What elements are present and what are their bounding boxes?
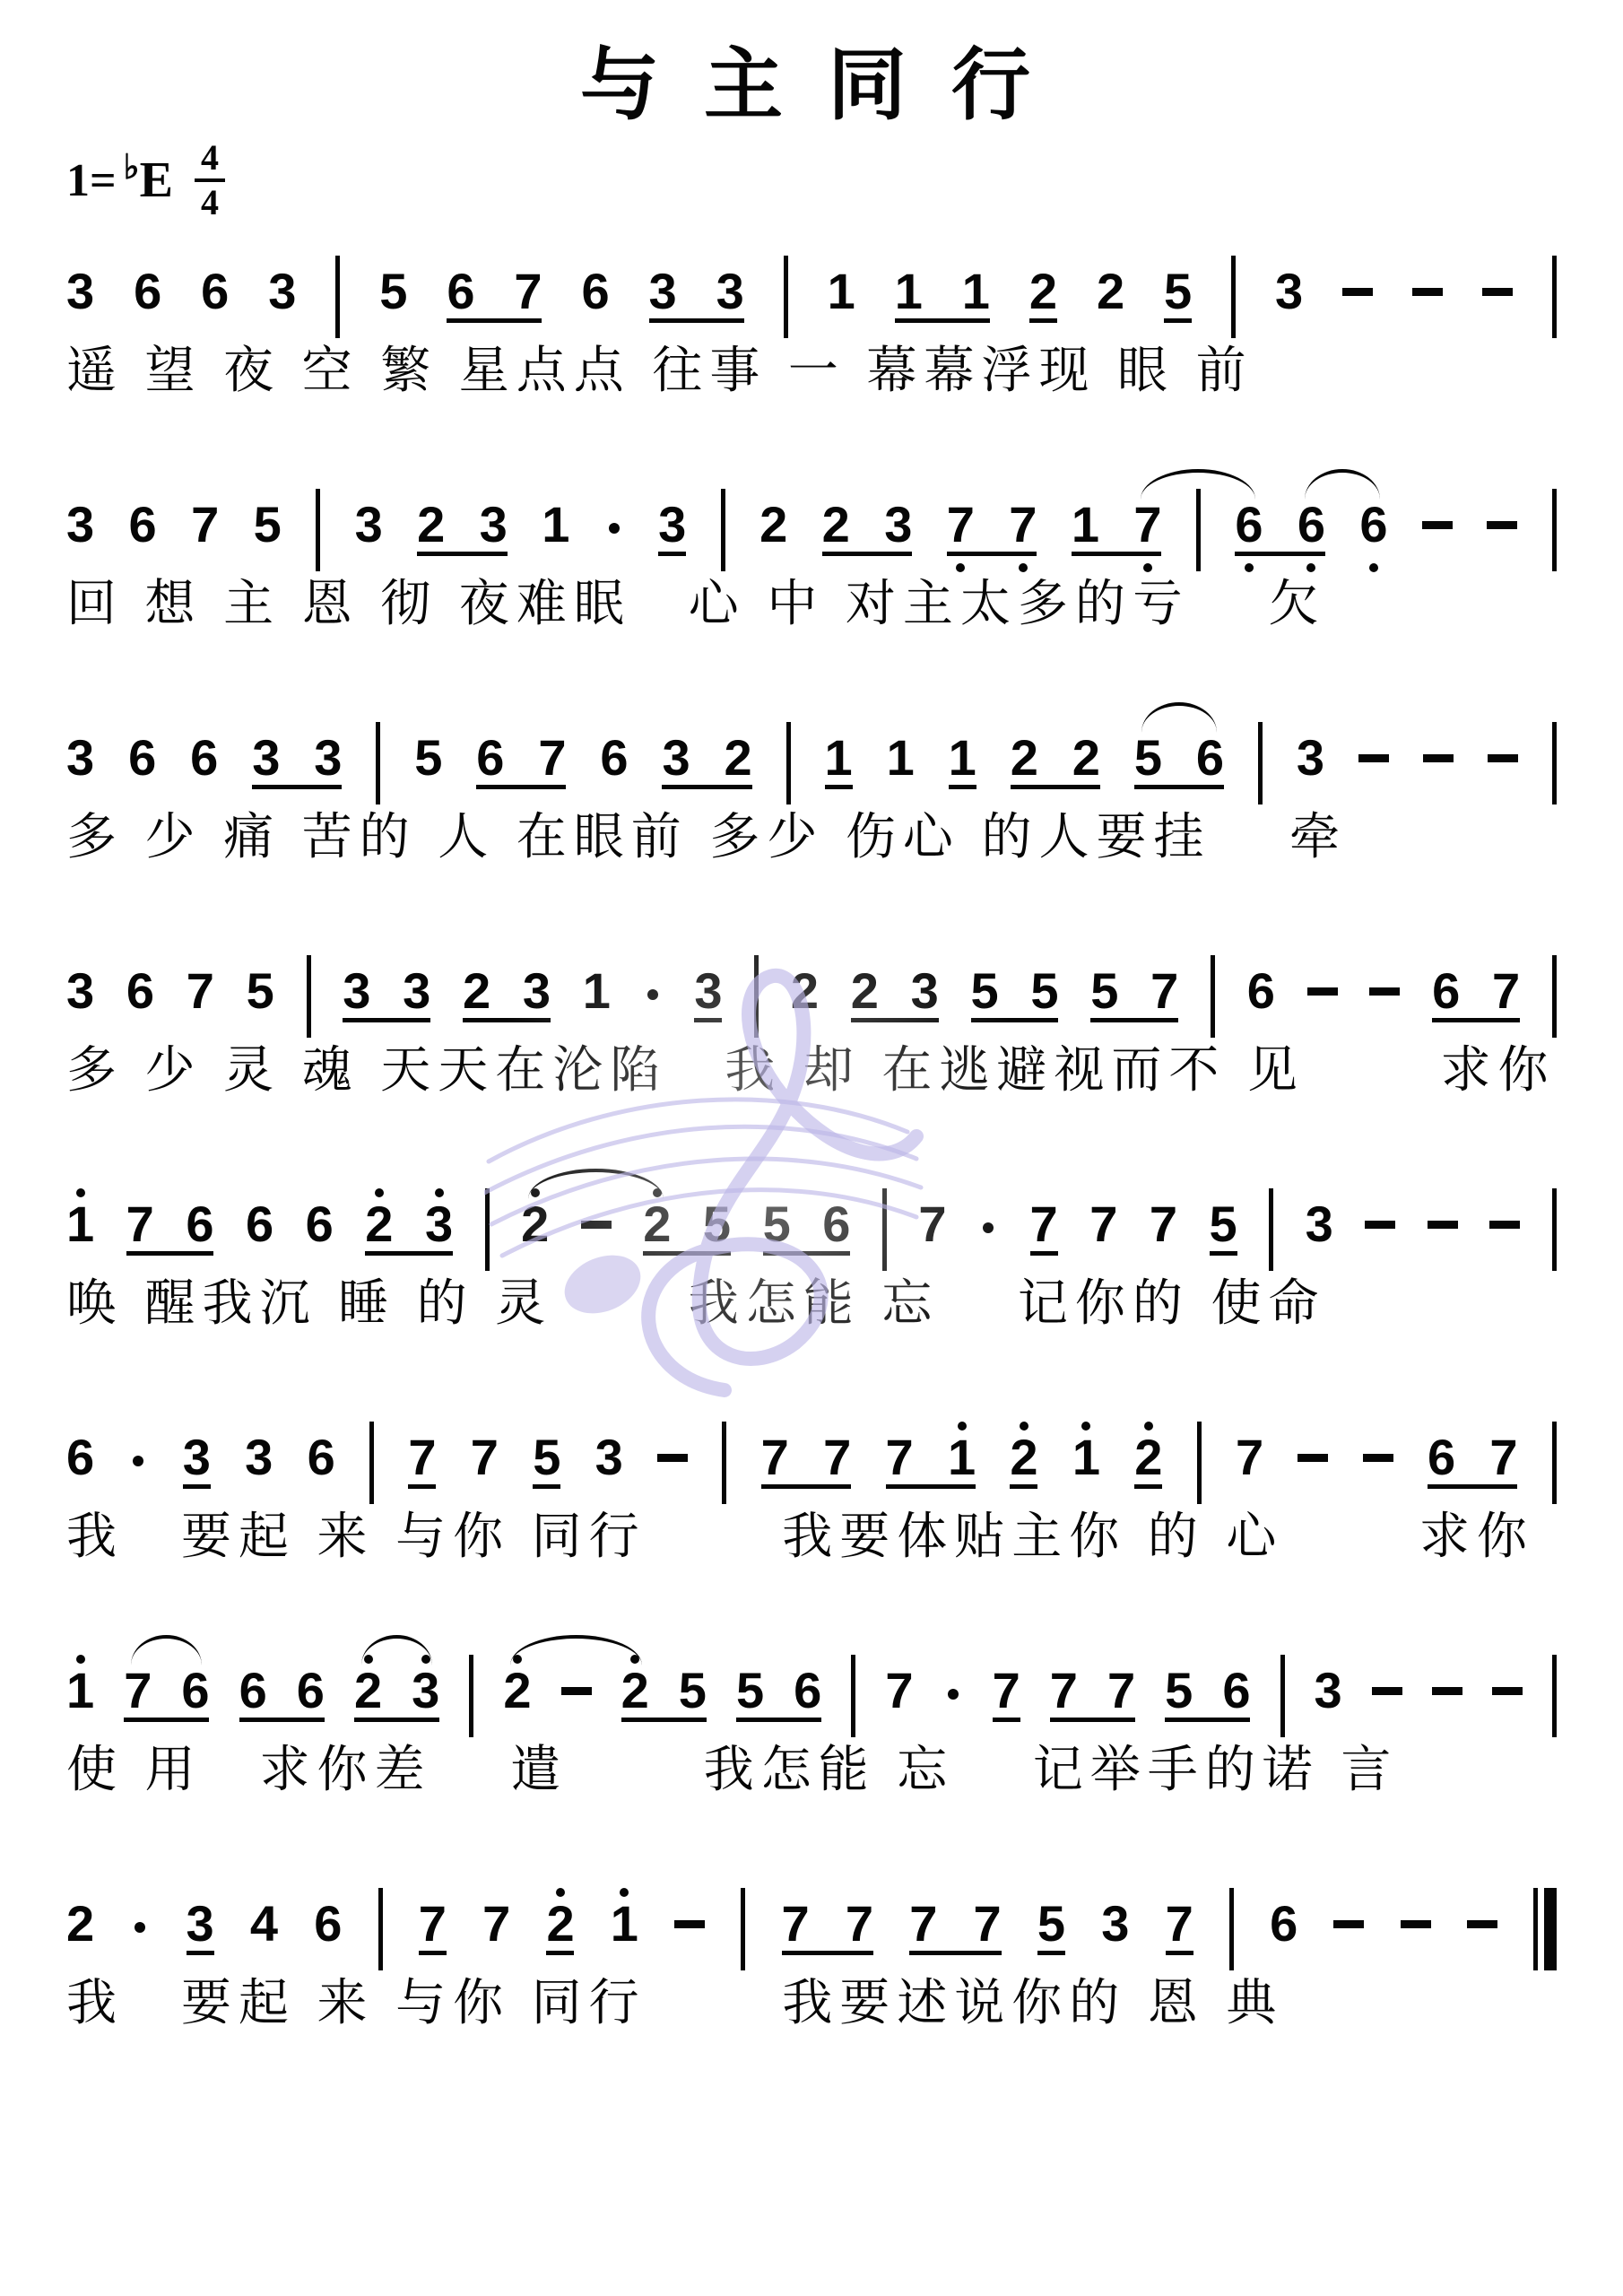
- note-number: 3: [1101, 1892, 1129, 1956]
- note-number: 7: [974, 1892, 1002, 1956]
- note-number: 6: [794, 1658, 821, 1723]
- duration-dash: [1358, 726, 1389, 790]
- barline: [851, 1655, 855, 1737]
- note-number: 3: [523, 959, 551, 1023]
- note-number: 6: [201, 259, 229, 324]
- beam-underline: [187, 1951, 214, 1955]
- note-number: 3: [314, 726, 342, 790]
- duration-dash: [1487, 492, 1517, 557]
- note-number: 3: [403, 959, 430, 1023]
- beam-underline: [447, 318, 542, 323]
- system-1: 36635676331112253 遥 望 夜 空 繁 星点点 往事 一 幕幕浮…: [66, 259, 1557, 492]
- note-number: 3: [694, 959, 722, 1023]
- barline: [1211, 955, 1215, 1038]
- note-number: 6: [66, 1425, 94, 1490]
- barline: [741, 1888, 745, 1970]
- note-number: 3: [1297, 726, 1324, 790]
- beam-underline: [419, 1951, 447, 1955]
- beam-underline: [1030, 1251, 1058, 1256]
- note-number: 3: [355, 492, 383, 557]
- note-number: 3: [245, 1425, 273, 1490]
- beam-underline: [1029, 318, 1057, 323]
- barline: [1552, 489, 1557, 571]
- barline: [1258, 722, 1263, 804]
- note-number: 1: [542, 492, 569, 557]
- lyrics-row: 多 少 痛 苦的 人 在眼前 多少 伤心 的人要挂 牵: [66, 808, 1557, 865]
- note-number: 7: [408, 1425, 436, 1490]
- note-number: 6: [1298, 492, 1325, 557]
- note-number: 2: [851, 959, 879, 1023]
- octave-dot-above: [1020, 1422, 1028, 1431]
- octave-dot-below: [1369, 563, 1378, 572]
- octave-dot-below: [1019, 563, 1028, 572]
- note-number: 3: [187, 1892, 214, 1956]
- beam-underline: [1010, 1484, 1037, 1489]
- beam-underline: [822, 552, 912, 556]
- note-number: 3: [595, 1425, 623, 1490]
- duration-dash: [561, 1658, 592, 1723]
- duration-dash: [1467, 1892, 1497, 1956]
- beam-underline: [643, 1251, 731, 1256]
- note-number: 3: [66, 959, 94, 1023]
- octave-dot-below: [1143, 563, 1152, 572]
- note-number: 6: [600, 726, 628, 790]
- note-number: 2: [1134, 1425, 1162, 1490]
- beam-underline: [1432, 1018, 1520, 1022]
- note-number: 5: [679, 1658, 707, 1723]
- note-number: 2: [621, 1658, 649, 1723]
- note-number: 7: [419, 1892, 447, 1956]
- note-number: 3: [1275, 259, 1303, 324]
- key-signature: 1= ♭ E 4 4: [66, 134, 1623, 227]
- note-number: 7: [187, 959, 214, 1023]
- note-number: 1: [887, 726, 915, 790]
- note-number: 5: [1164, 259, 1192, 324]
- barline: [369, 1422, 374, 1504]
- beam-underline: [126, 1251, 213, 1256]
- octave-dot-above: [435, 1188, 444, 1197]
- flat-sign-icon: ♭: [124, 147, 140, 187]
- note-number: 7: [1492, 959, 1520, 1023]
- barline: [754, 955, 759, 1038]
- barline: [882, 1188, 887, 1271]
- note-number: 6: [476, 726, 504, 790]
- note-number: 5: [1134, 726, 1162, 790]
- note-number: 2: [1097, 259, 1124, 324]
- note-number: 6: [1359, 492, 1387, 557]
- barline: [1552, 1655, 1557, 1737]
- note-number: 5: [763, 1192, 791, 1257]
- note-number: 1: [825, 726, 853, 790]
- note-number: 7: [823, 1425, 851, 1490]
- note-number: 7: [1150, 959, 1178, 1023]
- beam-underline: [417, 552, 508, 556]
- barline: [307, 955, 311, 1038]
- note-number: 5: [1210, 1192, 1237, 1257]
- note-number: 3: [649, 259, 677, 324]
- barline: [1196, 489, 1201, 571]
- augmentation-dot: [130, 1892, 150, 1956]
- beam-underline: [1037, 1951, 1065, 1955]
- augmentation-dot: [128, 1425, 148, 1490]
- octave-dot-above: [76, 1655, 85, 1664]
- beam-underline: [1164, 318, 1192, 323]
- notes-row: 3675323132237717666: [66, 492, 1557, 557]
- beam-underline: [947, 552, 1037, 556]
- note-number: 5: [1037, 1892, 1065, 1956]
- barline: [376, 722, 380, 804]
- note-number: 6: [1247, 959, 1275, 1023]
- duration-dash: [1298, 1425, 1328, 1490]
- note-number: 3: [412, 1658, 439, 1723]
- note-number: 7: [1150, 1192, 1177, 1257]
- duration-dash: [1422, 492, 1453, 557]
- barline: [786, 722, 791, 804]
- note-number: 1: [949, 726, 976, 790]
- note-number: 7: [1030, 1192, 1058, 1257]
- beam-underline: [476, 785, 566, 789]
- note-number: 3: [66, 492, 94, 557]
- note-number: 3: [343, 959, 370, 1023]
- note-number: 5: [1030, 959, 1058, 1023]
- augmentation-dot: [643, 959, 663, 1023]
- barline: [1197, 1422, 1202, 1504]
- beam-underline: [1050, 1718, 1135, 1722]
- duration-dash: [1423, 726, 1454, 790]
- lyrics-row: 唤 醒我沉 睡 的 灵 我怎能 忘 记你的 使命: [66, 1274, 1557, 1332]
- note-number: 2: [417, 492, 445, 557]
- note-number: 1: [828, 259, 855, 324]
- barline: [721, 489, 725, 571]
- notes-row: 1766623225567777563: [66, 1658, 1557, 1723]
- note-number: 2: [521, 1192, 549, 1257]
- note-number: 2: [1011, 726, 1038, 790]
- note-number: 3: [252, 726, 280, 790]
- note-number: 3: [66, 259, 94, 324]
- sheet-music-page: 与 主 同 行 1= ♭ E 4 4 36635676331112253 遥 望…: [0, 0, 1623, 2296]
- note-number: 7: [1089, 1192, 1117, 1257]
- beam-underline: [1011, 785, 1100, 789]
- note-number: 6: [246, 1192, 273, 1257]
- note-number: 6: [308, 1425, 335, 1490]
- note-number: 5: [971, 959, 999, 1023]
- beam-underline: [1072, 552, 1161, 556]
- note-number: 3: [658, 492, 686, 557]
- system-7: 1766623225567777563 使 用 求你差 遣 我怎能 忘 记举手的…: [66, 1658, 1557, 1892]
- system-8: 2346772177775376 我 要起 来 与你 同行 我要述说你的 恩 典: [66, 1892, 1557, 2125]
- beam-underline: [252, 785, 342, 789]
- note-number: 3: [911, 959, 939, 1023]
- note-number: 5: [247, 959, 274, 1023]
- note-number: 2: [725, 726, 752, 790]
- system-3: 3663356763211122563 多 少 痛 苦的 人 在眼前 多少 伤心…: [66, 726, 1557, 959]
- note-number: 6: [1235, 492, 1263, 557]
- beam-underline: [694, 1018, 722, 1022]
- note-number: 2: [354, 1658, 382, 1723]
- octave-dot-above: [620, 1888, 629, 1897]
- octave-dot-below: [1245, 563, 1254, 572]
- note-number: 3: [425, 1192, 453, 1257]
- note-number: 4: [250, 1892, 278, 1956]
- note-number: 1: [66, 1192, 94, 1257]
- notes-row: 36635676331112253: [66, 259, 1557, 324]
- meter-lower: 4: [201, 185, 219, 221]
- beam-underline: [993, 1718, 1020, 1722]
- note-number: 2: [463, 959, 490, 1023]
- duration-dash: [581, 1192, 612, 1257]
- beam-underline: [658, 552, 686, 556]
- beam-underline: [365, 1251, 453, 1256]
- note-number: 1: [1072, 492, 1099, 557]
- barline: [1269, 1188, 1273, 1271]
- beam-underline: [895, 318, 990, 323]
- barline: [316, 489, 320, 571]
- note-number: 7: [1107, 1658, 1135, 1723]
- notation-systems: 36635676331112253 遥 望 夜 空 繁 星点点 往事 一 幕幕浮…: [66, 259, 1557, 2125]
- beam-underline: [1166, 1951, 1193, 1955]
- note-number: 6: [128, 726, 156, 790]
- note-number: 3: [716, 259, 744, 324]
- octave-dot-above: [1144, 1422, 1153, 1431]
- note-number: 1: [583, 959, 611, 1023]
- duration-dash: [1428, 1192, 1458, 1257]
- notes-row: 36753323132235557667: [66, 959, 1557, 1023]
- note-number: 2: [1010, 1425, 1037, 1490]
- lyrics-row: 多 少 灵 魂 天天在沦陷 我 却 在逃避视而不 见 求你: [66, 1041, 1557, 1099]
- duration-dash: [1363, 1425, 1393, 1490]
- beam-underline: [621, 1718, 707, 1722]
- note-number: 6: [186, 1192, 213, 1257]
- beam-underline: [546, 1951, 574, 1955]
- barline: [1229, 1888, 1234, 1970]
- beam-underline: [463, 1018, 551, 1022]
- note-number: 6: [447, 259, 474, 324]
- note-number: 6: [581, 259, 609, 324]
- note-number: 5: [254, 492, 282, 557]
- octave-dot-below: [956, 563, 965, 572]
- note-number: 3: [662, 726, 690, 790]
- note-number: 7: [918, 1192, 946, 1257]
- note-number: 6: [1196, 726, 1224, 790]
- note-number: 7: [993, 1658, 1020, 1723]
- note-number: 6: [822, 1192, 850, 1257]
- duration-dash: [1342, 259, 1373, 324]
- note-number: 7: [126, 1192, 154, 1257]
- beam-underline: [649, 318, 744, 323]
- notes-row: 633677537771212767: [66, 1425, 1557, 1490]
- note-number: 3: [480, 492, 508, 557]
- note-number: 1: [962, 259, 990, 324]
- beam-underline: [886, 1484, 976, 1489]
- note-number: 2: [822, 492, 850, 557]
- note-number: 7: [1489, 1425, 1517, 1490]
- note-number: 2: [759, 492, 787, 557]
- octave-dot-above: [76, 1188, 85, 1197]
- octave-dot-above: [958, 1422, 967, 1431]
- beam-underline: [761, 1484, 851, 1489]
- octave-dot-below: [1306, 563, 1315, 572]
- note-number: 6: [314, 1892, 342, 1956]
- duration-dash: [674, 1892, 705, 1956]
- beam-underline: [763, 1251, 850, 1256]
- beam-underline: [1165, 1718, 1250, 1722]
- beam-underline: [354, 1718, 439, 1722]
- note-number: 7: [846, 1892, 873, 1956]
- augmentation-dot: [943, 1658, 963, 1723]
- note-number: 7: [538, 726, 566, 790]
- beam-underline: [949, 785, 976, 789]
- note-number: 6: [306, 1192, 334, 1257]
- beam-underline: [124, 1718, 209, 1722]
- final-barline: [1533, 1888, 1557, 1970]
- barline: [722, 1422, 726, 1504]
- note-number: 3: [268, 259, 296, 324]
- beam-underline: [239, 1718, 325, 1722]
- barline: [1552, 722, 1557, 804]
- note-number: 5: [414, 726, 442, 790]
- time-signature: 4 4: [195, 140, 225, 221]
- barline: [1280, 1655, 1285, 1737]
- barline: [784, 256, 788, 338]
- notes-row: 3663356763211122563: [66, 726, 1557, 790]
- barline: [1231, 256, 1236, 338]
- note-number: 2: [66, 1892, 94, 1956]
- barline: [335, 256, 340, 338]
- note-number: 5: [533, 1425, 560, 1490]
- barline: [378, 1888, 383, 1970]
- note-number: 7: [947, 492, 975, 557]
- notes-row: 2346772177775376: [66, 1892, 1557, 1956]
- beam-underline: [1134, 785, 1224, 789]
- note-number: 1: [895, 259, 923, 324]
- beam-underline: [851, 1018, 939, 1022]
- beam-underline: [408, 1484, 436, 1489]
- note-number: 1: [1072, 1425, 1100, 1490]
- note-number: 2: [1072, 726, 1100, 790]
- note-number: 7: [471, 1425, 499, 1490]
- note-number: 2: [546, 1892, 574, 1956]
- barline: [1552, 1188, 1557, 1271]
- note-number: 7: [1166, 1892, 1193, 1956]
- duration-dash: [1482, 259, 1513, 324]
- note-number: 7: [1133, 492, 1161, 557]
- note-number: 6: [190, 726, 218, 790]
- note-number: 2: [365, 1192, 393, 1257]
- duration-dash: [1432, 1658, 1462, 1723]
- beam-underline: [533, 1484, 560, 1489]
- note-number: 7: [761, 1425, 789, 1490]
- beam-underline: [1428, 1484, 1517, 1489]
- note-number: 5: [1165, 1658, 1193, 1723]
- duration-dash: [1401, 1892, 1431, 1956]
- barline: [469, 1655, 473, 1737]
- beam-underline: [1090, 1018, 1178, 1022]
- system-5: 176662322556777753 唤 醒我沉 睡 的 灵 我怎能 忘 记你的…: [66, 1192, 1557, 1425]
- note-number: 5: [379, 259, 407, 324]
- note-number: 3: [1306, 1192, 1333, 1257]
- beam-underline: [825, 785, 853, 789]
- augmentation-dot: [604, 492, 624, 557]
- note-number: 1: [948, 1425, 976, 1490]
- note-number: 7: [885, 1658, 913, 1723]
- system-6: 633677537771212767 我 要起 来 与你 同行 我要体贴主你 的…: [66, 1425, 1557, 1658]
- tonic-prefix: 1=: [66, 154, 117, 207]
- lyrics-row: 使 用 求你差 遣 我怎能 忘 记举手的诺 言: [66, 1741, 1557, 1798]
- note-number: 3: [884, 492, 912, 557]
- note-number: 6: [1432, 959, 1460, 1023]
- note-number: 7: [909, 1892, 937, 1956]
- duration-dash: [1365, 1192, 1395, 1257]
- note-number: 7: [482, 1892, 510, 1956]
- note-number: 6: [1428, 1425, 1455, 1490]
- lyrics-row: 回 想 主 恩 彻 夜难眠 心 中 对主太多的亏 欠: [66, 575, 1557, 632]
- lyrics-row: 我 要起 来 与你 同行 我要体贴主你 的 心 求你: [66, 1508, 1557, 1565]
- beam-underline: [736, 1718, 821, 1722]
- duration-dash: [1333, 1892, 1364, 1956]
- note-number: 6: [297, 1658, 325, 1723]
- barline: [485, 1188, 490, 1271]
- note-number: 5: [1090, 959, 1118, 1023]
- note-number: 3: [183, 1425, 211, 1490]
- duration-dash: [1488, 726, 1518, 790]
- octave-dot-above: [1081, 1422, 1090, 1431]
- note-number: 6: [134, 259, 161, 324]
- octave-dot-above: [556, 1888, 565, 1897]
- beam-underline: [1235, 552, 1325, 556]
- note-number: 6: [181, 1658, 209, 1723]
- octave-dot-above: [375, 1188, 384, 1197]
- notes-row: 176662322556777753: [66, 1192, 1557, 1257]
- beam-underline: [1134, 1484, 1162, 1489]
- lyrics-row: 遥 望 夜 空 繁 星点点 往事 一 幕幕浮现 眼 前: [66, 342, 1557, 399]
- duration-dash: [1412, 259, 1443, 324]
- note-number: 7: [191, 492, 219, 557]
- system-2: 3675323132237717666 回 想 主 恩 彻 夜难眠 心 中 对主…: [66, 492, 1557, 726]
- note-number: 7: [124, 1658, 152, 1723]
- meter-upper: 4: [201, 140, 219, 176]
- note-number: 5: [703, 1192, 731, 1257]
- note-number: 1: [611, 1892, 638, 1956]
- tonic-letter: E: [140, 152, 173, 209]
- note-number: 6: [126, 959, 154, 1023]
- duration-dash: [1492, 1658, 1523, 1723]
- duration-dash: [1489, 1192, 1520, 1257]
- barline: [1552, 256, 1557, 338]
- note-number: 6: [239, 1658, 267, 1723]
- note-number: 7: [514, 259, 542, 324]
- note-number: 7: [1050, 1658, 1078, 1723]
- note-number: 6: [129, 492, 157, 557]
- note-number: 6: [1270, 1892, 1298, 1956]
- note-number: 7: [782, 1892, 810, 1956]
- note-number: 2: [791, 959, 819, 1023]
- beam-underline: [782, 1951, 873, 1955]
- beam-underline: [183, 1484, 211, 1489]
- note-number: 3: [1315, 1658, 1342, 1723]
- note-number: 3: [66, 726, 94, 790]
- beam-underline: [1210, 1251, 1237, 1256]
- duration-dash: [657, 1425, 688, 1490]
- note-number: 5: [736, 1658, 764, 1723]
- note-number: 7: [1009, 492, 1037, 557]
- lyrics-row: 我 要起 来 与你 同行 我要述说你的 恩 典: [66, 1974, 1557, 2031]
- song-title: 与 主 同 行: [0, 41, 1623, 132]
- duration-dash: [1372, 1658, 1402, 1723]
- note-number: 6: [1222, 1658, 1250, 1723]
- note-number: 7: [886, 1425, 914, 1490]
- note-number: 7: [1236, 1425, 1263, 1490]
- beam-underline: [343, 1018, 430, 1022]
